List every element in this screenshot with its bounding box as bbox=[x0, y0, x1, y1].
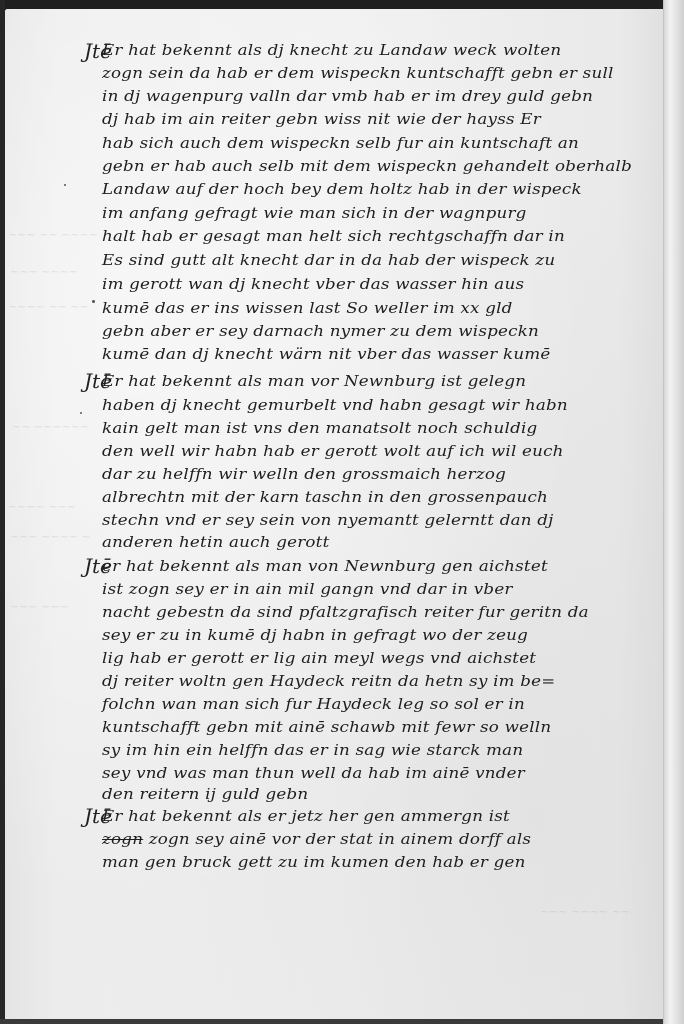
text-line: albrechtn mit der karn taschn in den gro… bbox=[102, 489, 548, 507]
ink-dot bbox=[64, 184, 66, 186]
text-line: lig hab er gerott er lig ain meyl wegs v… bbox=[102, 650, 536, 668]
text-line: den well wir habn hab er gerott wolt auf… bbox=[102, 443, 564, 461]
text-line: er hat bekennt als man von Newnburg gen … bbox=[102, 558, 548, 576]
text-line: anderen hetin auch gerott bbox=[102, 534, 330, 552]
page-binding-gutter bbox=[663, 0, 684, 1024]
text-line: Landaw auf der hoch bey dem holtz hab in… bbox=[102, 181, 582, 199]
text-line: Er hat bekennt als er jetz her gen ammer… bbox=[102, 808, 510, 826]
text-line: dar zu helffn wir welln den grossmaich h… bbox=[102, 466, 506, 484]
text-line: im anfang gefragt wie man sich in der wa… bbox=[102, 205, 527, 223]
text-line: sy im hin ein helffn das er in sag wie s… bbox=[102, 742, 523, 760]
text-line: sey vnd was man thun well da hab im ainē… bbox=[102, 765, 525, 783]
text-line: gebn er hab auch selb mit dem wispeckn g… bbox=[102, 158, 632, 176]
text-line: dj hab im ain reiter gebn wiss nit wie d… bbox=[102, 111, 541, 129]
text-line: zogn zogn sey ainē vor der stat in ainem… bbox=[102, 831, 531, 849]
text-line: hab sich auch dem wispeckn selb fur ain … bbox=[102, 135, 579, 153]
manuscript-scan: ~~~ ~~ ~~~~ ~~~ ~~~~ ~~~~ ~~ ~~ ~~ ~~~~~… bbox=[0, 0, 684, 1024]
text-line: im gerott wan dj knecht vber das wasser … bbox=[102, 276, 524, 294]
ink-dot bbox=[80, 412, 82, 414]
scan-left-edge bbox=[0, 0, 5, 1024]
struck-word: zogn bbox=[102, 832, 143, 848]
text-line: kumē dan dj knecht wärn nit vber das was… bbox=[102, 346, 550, 364]
text-line: Er hat bekennt als man vor Newnburg ist … bbox=[102, 373, 526, 391]
text-line: man gen bruck gett zu im kumen den hab e… bbox=[102, 854, 526, 872]
text-line: kuntschafft gebn mit ainē schawb mit few… bbox=[102, 719, 551, 737]
scan-top-edge bbox=[0, 0, 684, 9]
text-line: nacht gebestn da sind pfaltzgrafisch rei… bbox=[102, 604, 589, 622]
text-line: folchn wan man sich fur Haydeck leg so s… bbox=[102, 696, 525, 714]
text-line: kain gelt man ist vns den manatsolt noch… bbox=[102, 420, 537, 438]
text-line: den reitern ij guld gebn bbox=[102, 786, 308, 804]
text-line: in dj wagenpurg valln dar vmb hab er im … bbox=[102, 88, 593, 106]
text-line: dj reiter woltn gen Haydeck reitn da het… bbox=[102, 673, 555, 691]
text-line: zogn sein da hab er dem wispeckn kuntsch… bbox=[102, 65, 614, 83]
text-line: ist zogn sey er in ain mil gangn vnd dar… bbox=[102, 581, 513, 599]
text-line: Es sind gutt alt knecht dar in da hab de… bbox=[102, 252, 555, 270]
text-line: sey er zu in kumē dj habn in gefragt wo … bbox=[102, 627, 528, 645]
ink-blot bbox=[92, 300, 95, 303]
text-line: gebn aber er sey darnach nymer zu dem wi… bbox=[102, 323, 539, 341]
text-line: halt hab er gesagt man helt sich rechtgs… bbox=[102, 228, 565, 246]
scan-bottom-edge bbox=[0, 1019, 684, 1024]
line-text: zogn sey ainē vor der stat in ainem dorf… bbox=[149, 832, 532, 848]
text-line: stechn vnd er sey sein von nyemantt gele… bbox=[102, 512, 554, 530]
text-line: Er hat bekennt als dj knecht zu Landaw w… bbox=[102, 42, 561, 60]
text-line: haben dj knecht gemurbelt vnd habn gesag… bbox=[102, 397, 568, 415]
text-line: kumē das er ins wissen last So weller im… bbox=[102, 300, 513, 318]
